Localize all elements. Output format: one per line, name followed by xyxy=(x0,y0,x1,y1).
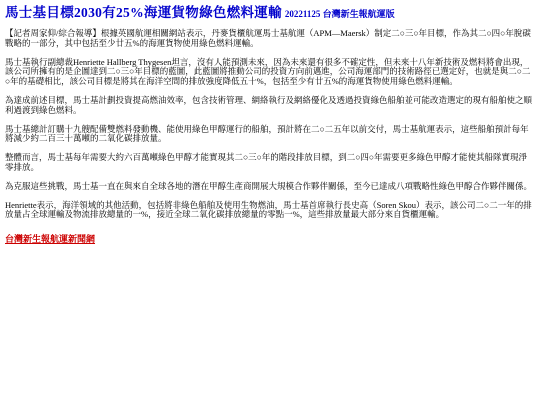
article-paragraph-lead: 【記者周家仰/綜合報導】根據英國航運相關網站表示，丹麥貨櫃航運馬士基航運（APM… xyxy=(5,29,535,49)
article-paragraph: 為克服這些挑戰，馬士基一直在與來自全球各地的潛在甲醇生產商開展大規模合作夥伴關係… xyxy=(5,182,535,192)
article-paragraph: 馬士基總計訂購十九艘配備雙燃料發動機、能使用綠色甲醇運行的船舶，預計將在二○二五… xyxy=(5,125,535,145)
article-header: 馬士基目標2030有25%海運貨物綠色燃料運輸20221125 台灣新生報航運版 xyxy=(5,5,535,22)
article-paragraph: 整體而言，馬士基每年需要大約六百萬噸綠色甲醇才能實現其二○三○年的階段排放目標，… xyxy=(5,153,535,173)
article-page: 馬士基目標2030有25%海運貨物綠色燃料運輸20221125 台灣新生報航運版… xyxy=(0,0,540,247)
article-date-edition: 20221125 台灣新生報航運版 xyxy=(285,9,395,19)
article-paragraph: 馬士基執行副總裁Henriette Hallberg Thygesen坦言，沒有… xyxy=(5,58,535,87)
article-paragraph: 為達成前述目標，馬士基計劃投資提高燃油效率，包含技術管理、網絡執行及網絡優化及透… xyxy=(5,96,535,116)
page-title: 馬士基目標2030有25%海運貨物綠色燃料運輸 xyxy=(5,5,282,20)
article-paragraph: Henriette表示，海洋領域的其他活動，包括將非綠色船舶及使用生物燃油，馬士… xyxy=(5,201,535,221)
news-site-link[interactable]: 台灣新生報航運新聞網 xyxy=(5,232,95,245)
